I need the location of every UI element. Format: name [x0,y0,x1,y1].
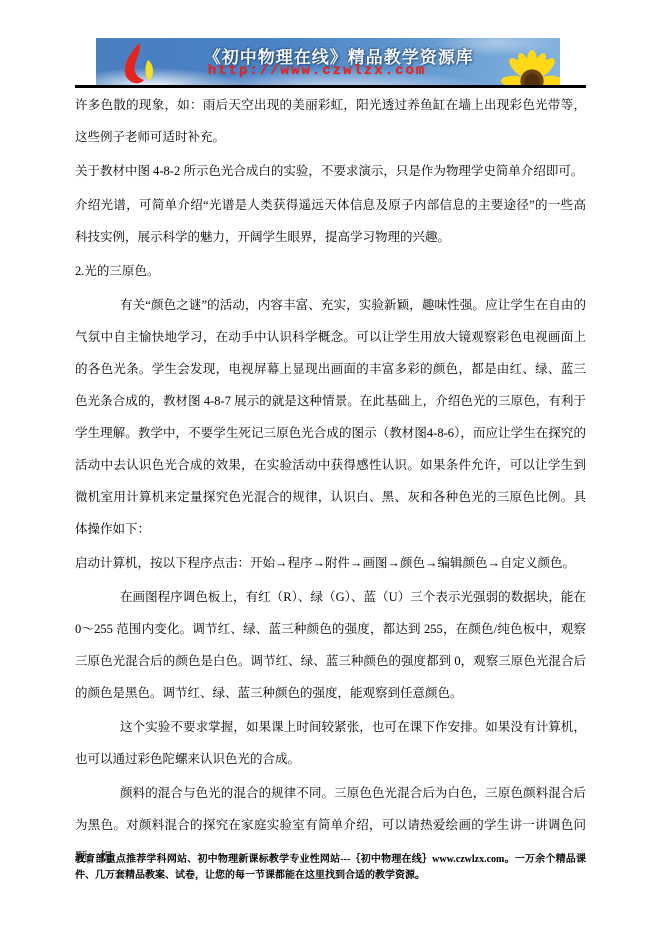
header-divider [75,85,586,88]
paragraph: 介绍光谱，可简单介绍“光谱是人类获得遥远天体信息及原子内部信息的主要途径”的一些… [75,189,586,253]
document-page: 《初中物理在线》精品教学资源库 http://www.czwlzx.com [0,0,661,936]
paragraph: 许多色散的现象，如：雨后天空出现的美丽彩虹，阳光透过养鱼缸在墙上出现彩色光带等，… [75,89,586,153]
site-banner[interactable]: 《初中物理在线》精品教学资源库 http://www.czwlzx.com [96,38,560,86]
footer-text: 教育部重点推荐学科网站、初中物理新课标教学专业性网站---｛初中物理在线｝www… [75,852,586,884]
paragraph: 这个实验不要求掌握，如果课上时间较紧张，也可在课下作安排。如果没有计算机，也可以… [75,711,586,775]
banner-url-link[interactable]: http://www.czwlzx.com [208,63,426,79]
paragraph: 在画图程序调色板上，有红（R）、绿（G）、蓝（U）三个表示光强弱的数据块，能在 … [75,581,586,709]
paragraph: 关于教材中图 4-8-2 所示色光合成白的实验，不要求演示，只是作为物理学史简单… [75,155,586,187]
sunflower-image [501,50,560,86]
document-body: 许多色散的现象，如：雨后天空出现的美丽彩虹，阳光透过养鱼缸在墙上出现彩色光带等，… [75,89,586,875]
paragraph: 有关“颜色之谜”的活动，内容丰富、充实，实验新颖，趣味性强。应让学生在自由的气氛… [75,289,586,545]
paragraph: 启动计算机，按以下程序点击：开始→程序→附件→画图→颜色→编辑颜色→自定义颜色。 [75,547,586,579]
site-logo-icon [118,42,166,86]
paragraph: 2.光的三原色。 [75,255,586,287]
